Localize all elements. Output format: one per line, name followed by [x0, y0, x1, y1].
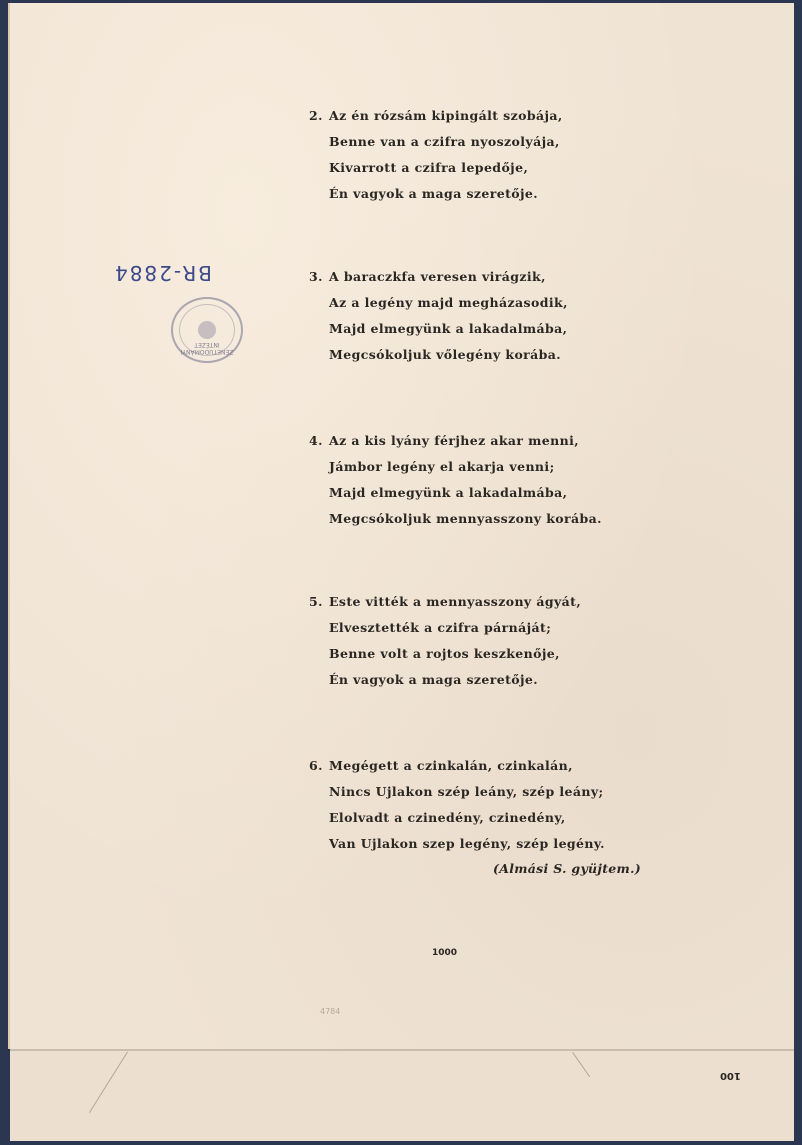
verse-line: Jámbor legény el akarja venni;: [309, 454, 602, 480]
stanza-number: 2.: [309, 103, 329, 129]
shelfmark-handwritten: BR-2884: [113, 261, 212, 285]
verse-line: Van Ujlakon szep legény, szép legény.: [309, 831, 605, 857]
verse-line: Megcsókoljuk mennyasszony korába.: [309, 506, 602, 532]
verse-line: Az a kis lyány férjhez akar menni,: [329, 433, 579, 448]
verse-line: Az én rózsám kipingált szobája,: [329, 108, 563, 123]
page-number: 1000: [432, 948, 457, 958]
attribution: (Almási S. gyüjtem.): [493, 861, 641, 876]
stanza-number: 5.: [309, 589, 329, 615]
library-stamp-icon: ZENETUDOMÁNYI INTÉZET: [171, 297, 243, 363]
stanza-2: 2.Az én rózsám kipingált szobája, Benne …: [309, 103, 563, 207]
pencil-mark: 4784: [320, 1007, 340, 1016]
stanza-6: 6.Megégett a czinkalán, czinkalán, Nincs…: [309, 753, 605, 857]
document-page: 2.Az én rózsám kipingált szobája, Benne …: [8, 3, 794, 1049]
verse-line: Megégett a czinkalán, czinkalán,: [329, 758, 573, 773]
stanza-number: 3.: [309, 264, 329, 290]
verse-line: Megcsókoljuk vőlegény korába.: [309, 342, 568, 368]
verse-line: Az a legény majd megházasodik,: [309, 290, 568, 316]
verse-line: Majd elmegyünk a lakadalmába,: [309, 480, 602, 506]
verse-line: A baraczkfa veresen virágzik,: [329, 269, 546, 284]
verse-line: Kivarrott a czifra lepedője,: [309, 155, 563, 181]
verse-line: Benne van a czifra nyoszolyája,: [309, 129, 563, 155]
stanza-3: 3.A baraczkfa veresen virágzik, Az a leg…: [309, 264, 568, 368]
stamp-emblem-icon: [198, 321, 216, 339]
verse-line: Benne volt a rojtos keszkenője,: [309, 641, 581, 667]
back-page-number: 100: [720, 1070, 741, 1081]
stanza-4: 4.Az a kis lyány férjhez akar menni, Jám…: [309, 428, 602, 532]
stanza-number: 6.: [309, 753, 329, 779]
folded-back-sheet: [10, 1045, 794, 1141]
page-edge: [8, 3, 10, 1049]
verse-line: Én vagyok a maga szeretője.: [309, 667, 581, 693]
verse-line: Este vitték a mennyasszony ágyát,: [329, 594, 581, 609]
verse-line: Elvesztették a czifra párnáját;: [309, 615, 581, 641]
stanza-5: 5.Este vitték a mennyasszony ágyát, Elve…: [309, 589, 581, 693]
verse-line: Majd elmegyünk a lakadalmába,: [309, 316, 568, 342]
stanza-number: 4.: [309, 428, 329, 454]
verse-line: Nincs Ujlakon szép leány, szép leány;: [309, 779, 605, 805]
verse-line: Elolvadt a czinedény, czinedény,: [309, 805, 605, 831]
stamp-text: ZENETUDOMÁNYI INTÉZET: [173, 341, 241, 355]
verse-line: Én vagyok a maga szeretője.: [309, 181, 563, 207]
